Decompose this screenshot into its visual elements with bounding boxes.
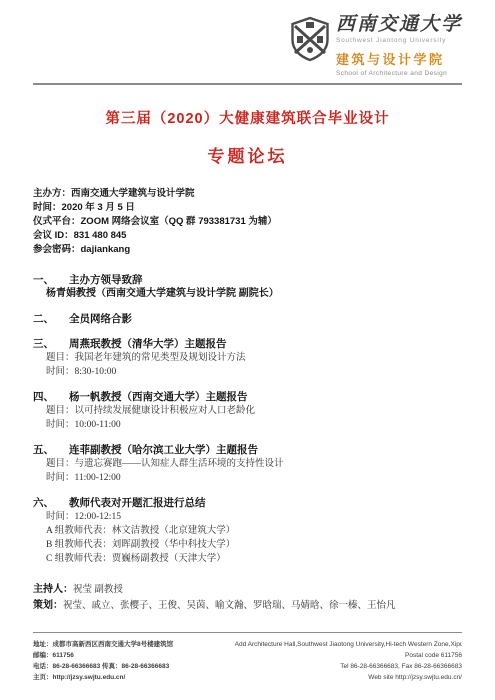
agenda-item-detail: 时间：12:00-12:15 bbox=[46, 510, 462, 524]
agenda-item: 四、杨一帆教授（西南交通大学）主题报告题目：以可持续发展健康设计积极应对人口老龄… bbox=[33, 390, 462, 432]
agenda-item-number: 六、 bbox=[33, 496, 69, 510]
agenda-item: 三、周燕珉教授（清华大学）主题报告题目：我国老年建筑的常见类型及规划设计方法时间… bbox=[33, 337, 462, 379]
footer-line-en: Web site http://jzsy.swjtu.edu.cn/ bbox=[235, 672, 462, 683]
agenda-item-detail: 题目：与遗忘赛跑——认知症人群生活环境的支持性设计 bbox=[46, 457, 462, 471]
agenda-item-detail: 杨青娟教授（西南交通大学建筑与设计学院 副院长） bbox=[46, 287, 462, 301]
agenda-item-detail: A 组教师代表：林文洁教授（北京建筑大学） bbox=[46, 524, 462, 538]
event-title: 第三届（2020）大健康建筑联合毕业设计 bbox=[33, 107, 462, 128]
document-page: 西南交通大学 Southwest Jiaotong University 建筑与… bbox=[0, 0, 495, 700]
agenda-item-detail: 题目：以可持续发展健康设计积极应对人口老龄化 bbox=[46, 404, 462, 418]
footer-divider bbox=[33, 632, 462, 633]
info-line: 仪式平台：ZOOM 网络会议室（QQ 群 793381731 为辅） bbox=[33, 215, 462, 229]
footer-address-cn: 地址：成都市高新西区西南交通大学8号楼建筑馆邮编：611756电话：86-28-… bbox=[33, 639, 230, 683]
footer: 地址：成都市高新西区西南交通大学8号楼建筑馆邮编：611756电话：86-28-… bbox=[33, 639, 462, 683]
agenda-item: 五、连菲副教授（哈尔滨工业大学）主题报告题目：与遗忘赛跑——认知症人群生活环境的… bbox=[33, 443, 462, 485]
university-name-cn: 西南交通大学 bbox=[336, 14, 462, 36]
agenda-item-detail: 时间：11:00-12:00 bbox=[46, 471, 462, 485]
footer-line-en: Tel 86-28-66366683, Fax 86-28-66366683 bbox=[235, 661, 462, 672]
agenda-item-title: 教师代表对开题汇报进行总结 bbox=[69, 496, 206, 510]
info-block: 主办方：西南交通大学建筑与设计学院时间：2020 年 3 月 5 日仪式平台：Z… bbox=[33, 187, 462, 257]
agenda-item: 六、教师代表对开题汇报进行总结时间：12:00-12:15A 组教师代表：林文洁… bbox=[33, 496, 462, 566]
info-line: 会议 ID：831 480 845 bbox=[33, 229, 462, 243]
host-label: 主持人： bbox=[33, 584, 73, 595]
agenda-list: 一、主办方领导致辞杨青娟教授（西南交通大学建筑与设计学院 副院长）二、全员网络合… bbox=[33, 273, 462, 566]
title-block: 第三届（2020）大健康建筑联合毕业设计 专题论坛 bbox=[33, 107, 462, 167]
host-value: 祝莹 副教授 bbox=[73, 585, 123, 595]
forum-title: 专题论坛 bbox=[33, 142, 462, 167]
info-line: 参会密码：dajiankang bbox=[33, 243, 462, 257]
info-line: 主办方：西南交通大学建筑与设计学院 bbox=[33, 187, 462, 201]
agenda-item: 一、主办方领导致辞杨青娟教授（西南交通大学建筑与设计学院 副院长） bbox=[33, 273, 462, 301]
agenda-item-number: 五、 bbox=[33, 443, 69, 457]
agenda-item-title: 杨一帆教授（西南交通大学）主题报告 bbox=[69, 390, 248, 404]
agenda-item-title: 全员网络合影 bbox=[69, 312, 132, 326]
school-name-en: School of Architecture and Design bbox=[336, 70, 447, 77]
footer-line-en: Postal code 611756 bbox=[235, 650, 462, 661]
agenda-item-number: 一、 bbox=[33, 273, 69, 287]
agenda-item-title: 连菲副教授（哈尔滨工业大学）主题报告 bbox=[69, 443, 258, 457]
agenda-item-title: 主办方领导致辞 bbox=[69, 273, 143, 287]
footer-line-cn: 地址：成都市高新西区西南交通大学8号楼建筑馆 bbox=[33, 639, 230, 650]
agenda-item-detail: 时间：10:00-11:00 bbox=[46, 418, 462, 432]
info-line: 时间：2020 年 3 月 5 日 bbox=[33, 201, 462, 215]
agenda-item-title: 周燕珉教授（清华大学）主题报告 bbox=[69, 337, 227, 351]
header-divider bbox=[33, 83, 462, 85]
footer-address-en: Add Architecture Hall,Southwest Jiaotong… bbox=[235, 639, 462, 683]
agenda-item: 二、全员网络合影 bbox=[33, 312, 462, 326]
university-name-en: Southwest Jiaotong University bbox=[336, 37, 446, 44]
footer-line-cn: 邮编：611756 bbox=[33, 650, 230, 661]
swjtu-shield-emblem-icon bbox=[290, 16, 330, 67]
footer-line-cn: 主页：http://jzsy.swjtu.edu.cn/ bbox=[33, 672, 230, 683]
agenda-item-detail: B 组教师代表：刘晖副教授（华中科技大学） bbox=[46, 538, 462, 552]
planners-label: 策划： bbox=[33, 600, 63, 611]
credits-block: 主持人：祝莹 副教授 策划：祝莹、戚立、张樱子、王俊、吴茵、喻文瀚、罗晗瑞、马婧… bbox=[33, 582, 462, 614]
agenda-item-number: 三、 bbox=[33, 337, 69, 351]
footer-line-cn: 电话：86-28-66366683 传真：86-28-66366683 bbox=[33, 661, 230, 672]
planners-value: 祝莹、戚立、张樱子、王俊、吴茵、喻文瀚、罗晗瑞、马婧晗、徐一榛、王怡凡 bbox=[63, 601, 396, 611]
agenda-item-detail: C 组教师代表：贾巍杨副教授（天津大学） bbox=[46, 552, 462, 566]
agenda-item-detail: 时间：8:30-10:00 bbox=[46, 365, 462, 379]
school-name-cn: 建筑与设计学院 bbox=[336, 49, 445, 68]
header: 西南交通大学 Southwest Jiaotong University 建筑与… bbox=[33, 14, 462, 80]
planners-line: 策划：祝莹、戚立、张樱子、王俊、吴茵、喻文瀚、罗晗瑞、马婧晗、徐一榛、王怡凡 bbox=[33, 598, 462, 614]
host-line: 主持人：祝莹 副教授 bbox=[33, 582, 462, 598]
agenda-item-number: 二、 bbox=[33, 312, 69, 326]
footer-line-en: Add Architecture Hall,Southwest Jiaotong… bbox=[235, 639, 462, 650]
agenda-item-detail: 题目：我国老年建筑的常见类型及规划设计方法 bbox=[46, 351, 462, 365]
agenda-item-number: 四、 bbox=[33, 390, 69, 404]
